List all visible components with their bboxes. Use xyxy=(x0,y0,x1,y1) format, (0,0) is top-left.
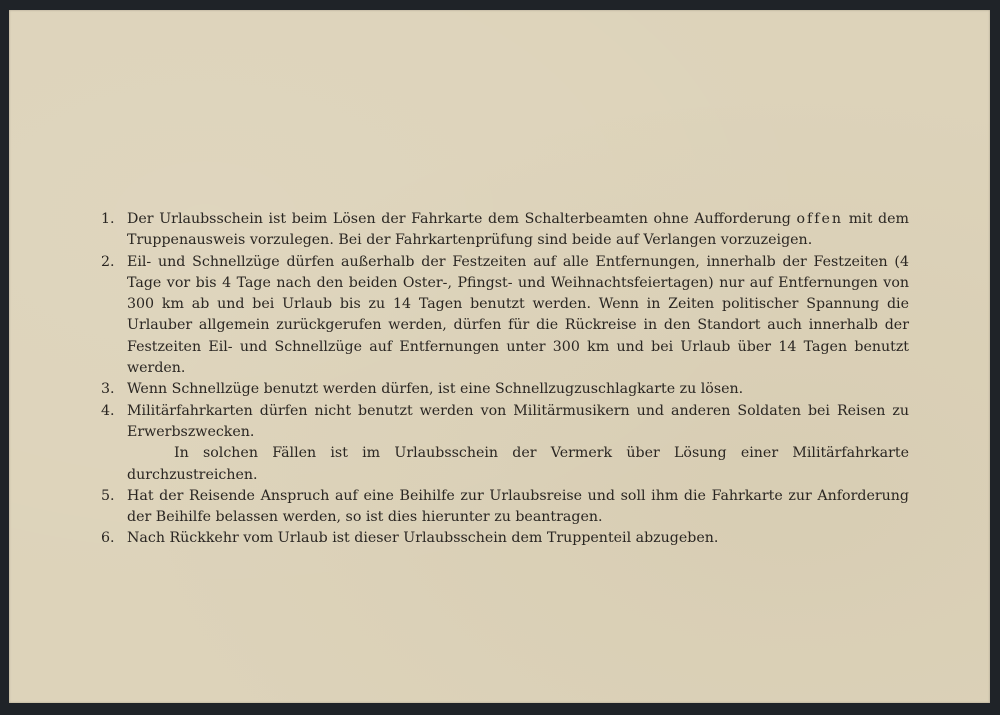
rule-number: 4. xyxy=(101,401,115,422)
rule-subtext: In solchen Fällen ist im Urlaubsschein d… xyxy=(127,443,909,486)
rule-number: 3. xyxy=(101,379,115,400)
document-page: 1. Der Urlaubsschein ist beim Lösen der … xyxy=(9,10,990,703)
rule-item-2: 2. Eil- und Schnellzüge dürfen außerhalb… xyxy=(101,252,909,380)
emphasis-text: offen xyxy=(796,211,843,227)
rule-item-5: 5. Hat der Reisende Anspruch auf eine Be… xyxy=(101,486,909,529)
rule-number: 5. xyxy=(101,486,115,507)
rule-text: Eil- und Schnellzüge dürfen außerhalb de… xyxy=(127,252,909,380)
rule-text: Nach Rückkehr vom Urlaub ist dieser Urla… xyxy=(127,528,909,549)
rule-text: Militärfahrkarten dürfen nicht benutzt w… xyxy=(127,401,909,444)
rule-number: 2. xyxy=(101,252,115,273)
rule-item-4: 4. Militärfahrkarten dürfen nicht benutz… xyxy=(101,401,909,486)
rules-list: 1. Der Urlaubsschein ist beim Lösen der … xyxy=(101,209,909,550)
rule-text: Der Urlaubsschein ist beim Lösen der Fah… xyxy=(127,209,909,252)
rule-item-1: 1. Der Urlaubsschein ist beim Lösen der … xyxy=(101,209,909,252)
rule-number: 1. xyxy=(101,209,115,230)
rule-text: Hat der Reisende Anspruch auf eine Beihi… xyxy=(127,486,909,529)
rule-item-6: 6. Nach Rückkehr vom Urlaub ist dieser U… xyxy=(101,528,909,549)
rule-item-3: 3. Wenn Schnellzüge benutzt werden dürfe… xyxy=(101,379,909,400)
rule-text: Wenn Schnellzüge benutzt werden dürfen, … xyxy=(127,379,909,400)
rule-number: 6. xyxy=(101,528,115,549)
